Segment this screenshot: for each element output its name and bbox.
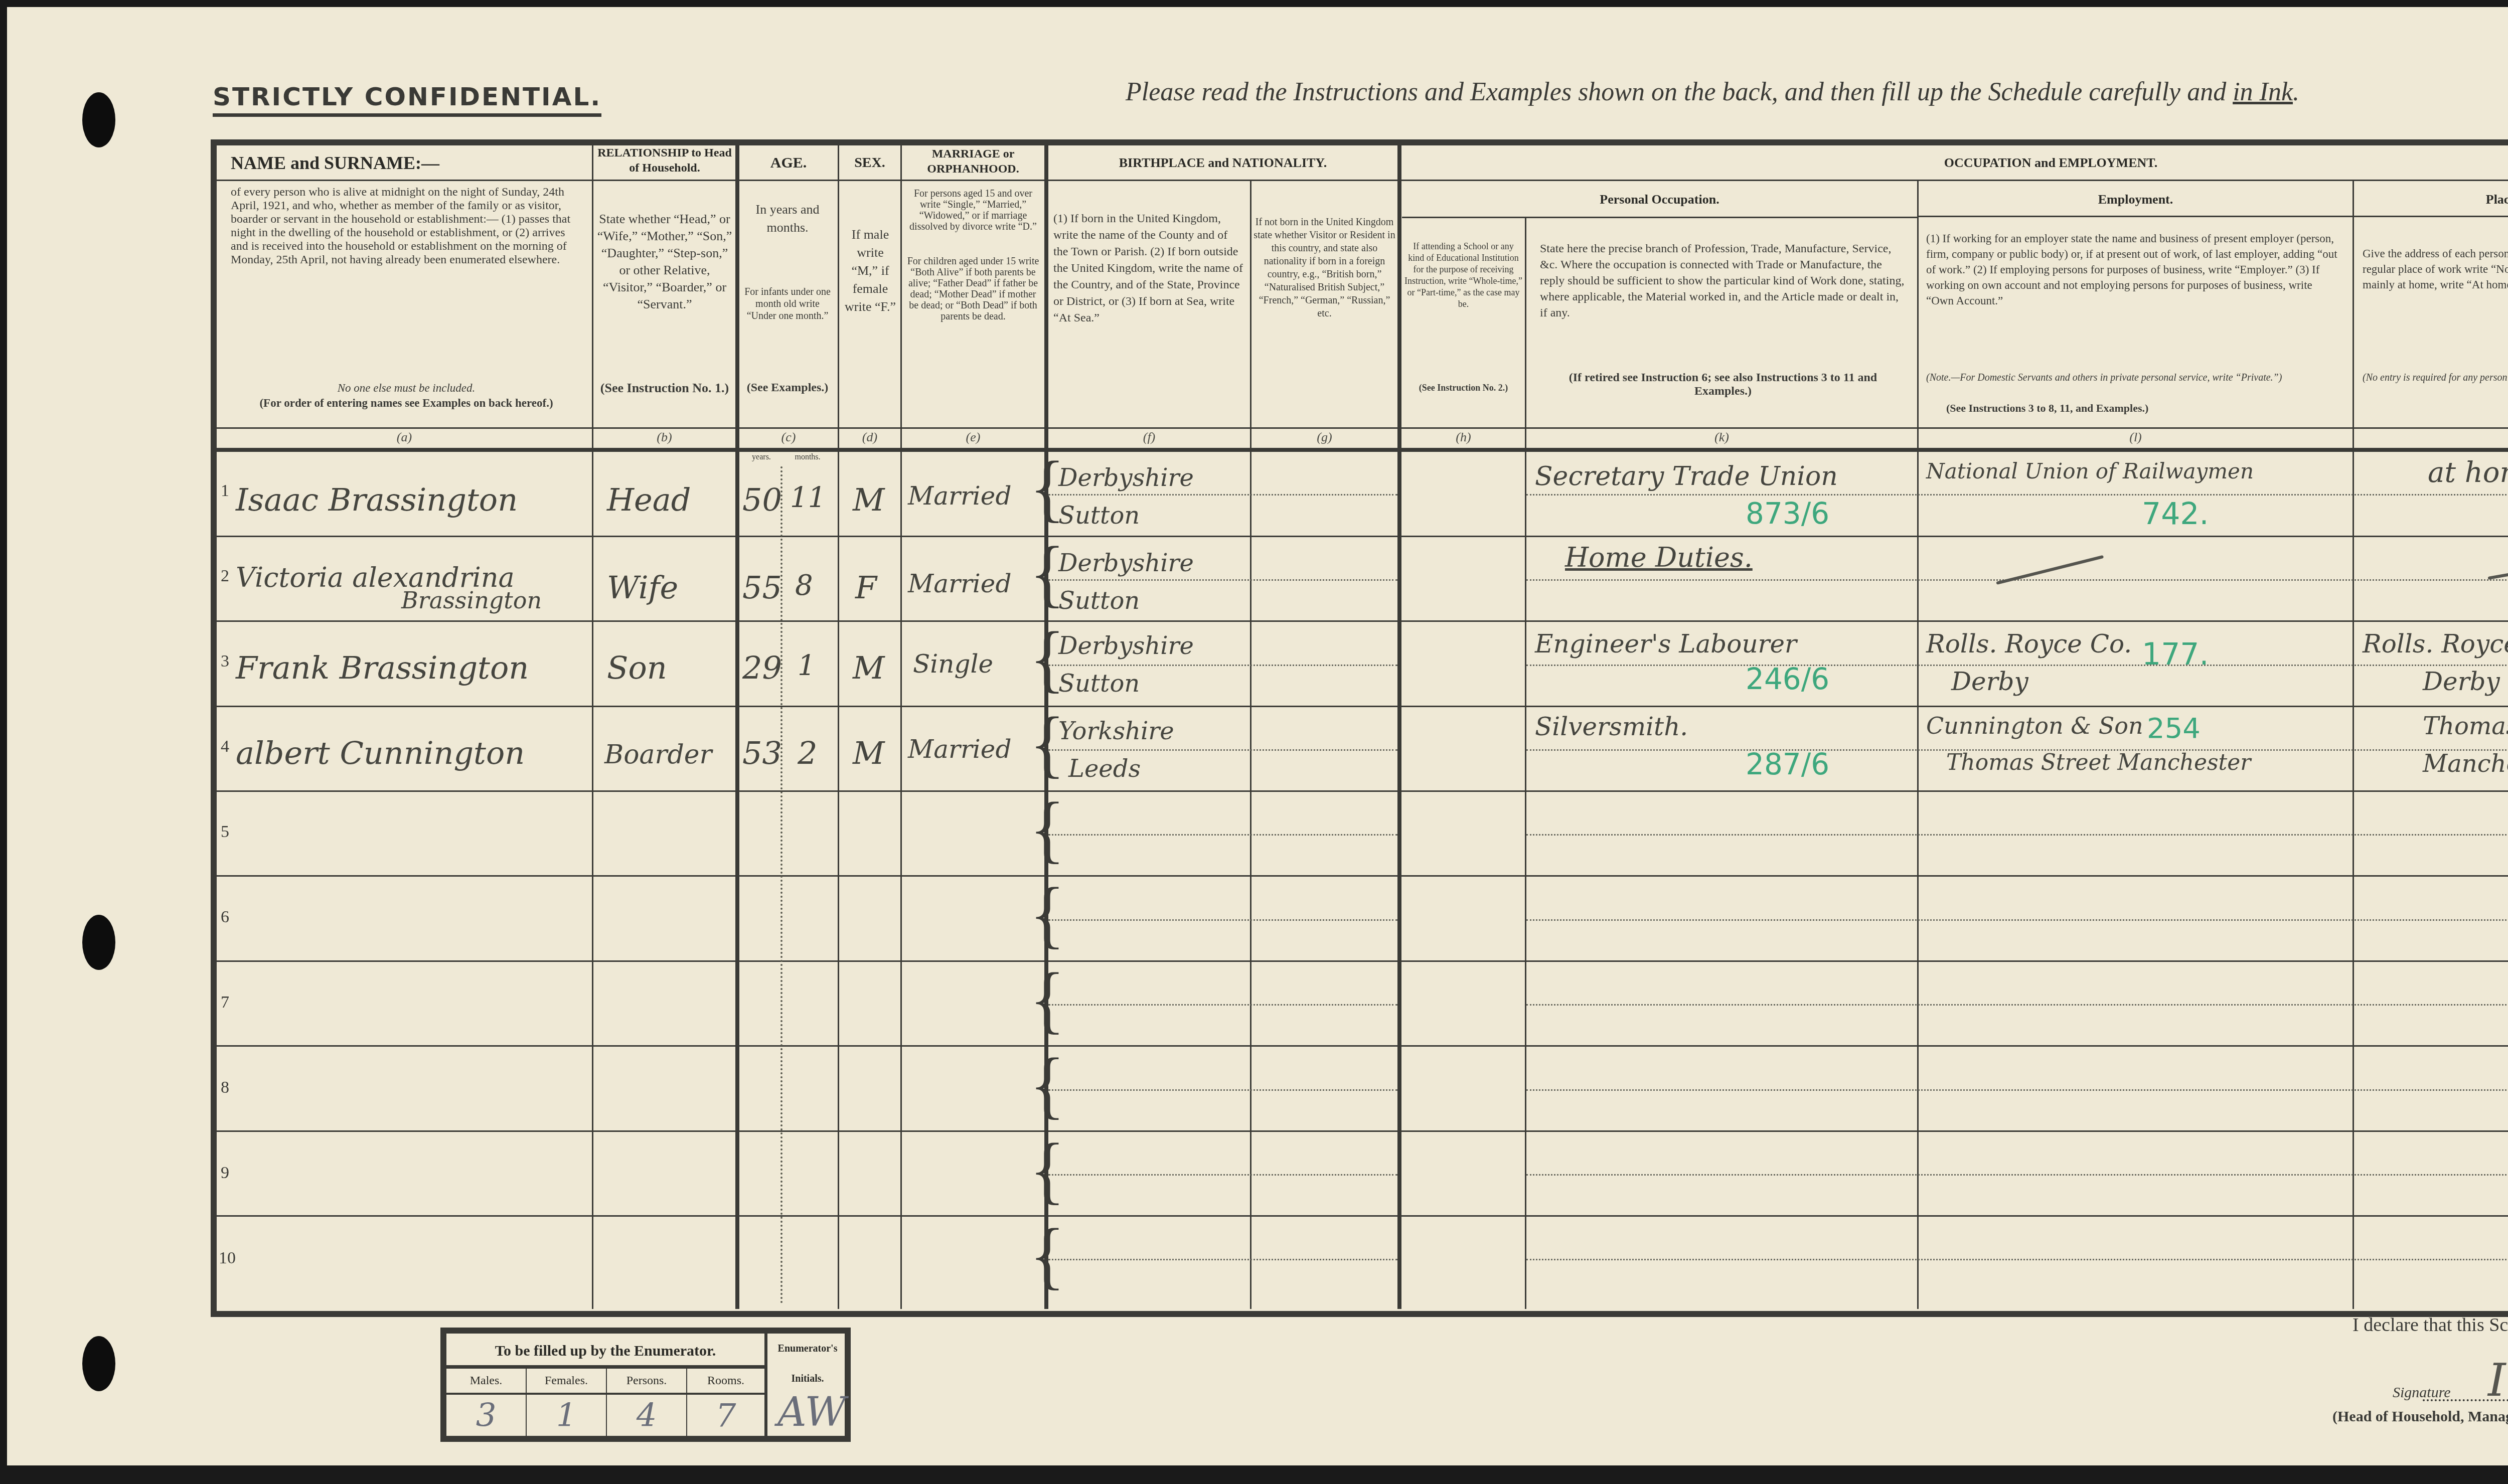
brace: { [1029, 877, 1065, 952]
brace: { [1029, 962, 1065, 1037]
occupation-field[interactable]: Secretary Trade Union [1535, 461, 1838, 491]
col-f-letter: (f) [1048, 430, 1250, 445]
occupation-field[interactable]: Home Duties. [1565, 542, 1753, 573]
col-b-title: RELATIONSHIP to Head of Household. [594, 145, 735, 176]
age-years-field[interactable]: 53 [742, 735, 782, 771]
header-divider [217, 180, 2508, 181]
col-l-text: (1) If working for an employer state the… [1926, 231, 2342, 308]
row-divider [217, 706, 2508, 707]
row-midline [1048, 749, 1397, 751]
age-years-field[interactable]: 50 [742, 481, 782, 518]
age-months-field[interactable]: 11 [790, 481, 826, 514]
col-c-note2: (See Examples.) [742, 381, 833, 395]
in-ink-text: in Ink [2233, 78, 2293, 106]
col-g-letter: (g) [1251, 430, 1397, 445]
col-e-note: For children aged under 15 write “Both A… [905, 256, 1041, 322]
row-midline [1048, 494, 1397, 496]
row-midline [1526, 494, 2508, 496]
rooms-label: Rooms. [687, 1369, 764, 1395]
col-c-letter: (c) [739, 430, 838, 445]
col-h-letter: (h) [1402, 430, 1525, 445]
punch-hole [82, 1336, 115, 1391]
col-d-title: SEX. [839, 153, 900, 173]
row-midline [1048, 834, 1397, 836]
header-bottom-rule [217, 448, 2508, 452]
employment-code: 254 [2147, 712, 2201, 745]
birthplace-title: BIRTHPLACE and NATIONALITY. [1048, 153, 1397, 173]
age-years-field[interactable]: 55 [742, 569, 782, 606]
col-a-title: NAME and SURNAME:— [231, 153, 582, 173]
col-h-note: (See Instruction No. 2.) [1404, 381, 1522, 395]
persons-value[interactable]: 4 [607, 1395, 686, 1437]
brace: { [1029, 791, 1065, 867]
row-midline [1526, 834, 2508, 836]
birth-town-field[interactable]: Sutton [1058, 502, 1140, 530]
row-midline [1526, 919, 2508, 921]
row-number: 4 [221, 737, 229, 756]
enumerator-initials-label: Enumerator's Initials. [767, 1334, 848, 1369]
row-midline [1048, 1174, 1397, 1176]
females-label: Females. [527, 1369, 606, 1395]
enumerator-box-title: To be filled up by the Enumerator. [446, 1334, 767, 1369]
sex-field[interactable]: M [853, 735, 884, 771]
brace: { [1029, 1132, 1065, 1208]
col-a-note2: (For order of entering names see Example… [231, 396, 582, 410]
row-number: 5 [221, 822, 229, 842]
col-h-text: If attending a School or any kind of Edu… [1404, 241, 1522, 310]
persons-cell: Persons. 4 [607, 1369, 687, 1437]
rooms-value[interactable]: 7 [687, 1395, 764, 1437]
signature-value[interactable]: I Brassington. [2488, 1354, 2508, 1407]
occupation-title: OCCUPATION and EMPLOYMENT. [1402, 153, 2508, 173]
row-divider [217, 536, 2508, 537]
row-divider [217, 790, 2508, 792]
row-number: 9 [221, 1164, 229, 1183]
col-a-text: of every person who is alive at midnight… [231, 186, 582, 267]
place-of-work-field[interactable]: Rolls. Royce Co [2363, 629, 2508, 658]
col-k-letter: (k) [1526, 430, 1917, 445]
personal-occupation-title: Personal Occupation. [1402, 190, 1917, 210]
col-divider [838, 145, 839, 1309]
age-months-field[interactable]: 2 [798, 735, 817, 771]
col-m-text: Give the address of each person's place … [2363, 246, 2508, 292]
row-divider [217, 1130, 2508, 1132]
males-cell: Males. 3 [446, 1369, 527, 1437]
age-years-label: years. [741, 450, 781, 464]
row-number: 10 [219, 1249, 236, 1268]
col-d-text: If male write “M,” if female write “F.” [843, 226, 898, 316]
col-divider [1525, 218, 1526, 1309]
row-midline [1048, 1089, 1397, 1091]
col-e-text: For persons aged 15 and over write “Sing… [905, 188, 1041, 232]
employment-field[interactable]: Cunnington & Son [1926, 712, 2143, 739]
row-divider [217, 875, 2508, 877]
row-midline [1526, 1259, 2508, 1260]
relationship-field[interactable]: Wife [607, 569, 678, 606]
row-midline [1048, 665, 1397, 666]
males-label: Males. [446, 1369, 526, 1395]
col-b-text: State whether “Head,” or “Wife,” “Mother… [597, 211, 732, 313]
row-midline [1526, 665, 2508, 666]
employment-field-line2[interactable]: Thomas Street Manchester [1946, 750, 2251, 775]
col-b-letter: (b) [593, 430, 736, 445]
place-of-work-field-line2[interactable]: Manchester [2423, 750, 2508, 778]
declaration-text: I declare that this Schedule is correctl… [2353, 1314, 2508, 1336]
marriage-field[interactable]: Married [908, 735, 1011, 764]
col-b-note: (See Instruction No. 1.) [597, 381, 732, 395]
row-midline [1048, 1004, 1397, 1006]
occupation-field[interactable]: Engineer's Labourer [1535, 629, 1797, 658]
row-divider [217, 960, 2508, 962]
employment-code: 177. [2142, 637, 2209, 672]
place-of-work-field[interactable]: at home [2428, 456, 2508, 489]
signature-caption: (Head of Household, Manager of Establish… [2332, 1408, 2508, 1425]
col-m-note: (No entry is required for any person who… [2363, 371, 2508, 385]
name-field-line2[interactable]: Brassington [401, 587, 542, 614]
col-a-note: No one else must be included. [231, 381, 582, 395]
row-number: 7 [221, 993, 229, 1012]
col-k-text: State here the precise branch of Profess… [1540, 241, 1906, 321]
row-midline [1526, 1089, 2508, 1091]
instructions-text: Please read the Instructions and Example… [1126, 78, 2233, 106]
header-divider [217, 427, 2508, 429]
occupation-code: 246/6 [1746, 662, 1829, 696]
col-g-text: If not born in the United Kingdom state … [1253, 216, 1396, 320]
occupation-code: 287/6 [1746, 747, 1829, 781]
strictly-confidential-heading: STRICTLY CONFIDENTIAL. [213, 82, 601, 117]
header-divider [1402, 217, 1917, 218]
name-field[interactable]: Isaac Brassington [236, 481, 518, 518]
age-months-label: months. [780, 450, 835, 464]
col-m-title: Place of Work. [2354, 190, 2508, 210]
relationship-field[interactable]: Boarder [604, 740, 712, 770]
col-l-note2: (See Instructions 3 to 8, 11, and Exampl… [1946, 401, 2342, 415]
place-of-work-field[interactable]: Thomas Street [2423, 712, 2508, 740]
header-divider [1917, 216, 2508, 217]
females-value[interactable]: 1 [527, 1395, 606, 1437]
employment-field-line2[interactable]: Derby [1951, 667, 2028, 696]
enumerator-initials-value[interactable]: AW [777, 1389, 846, 1435]
signature-label: Signature [2393, 1384, 2451, 1401]
birth-town-field[interactable]: Sutton [1058, 587, 1140, 615]
persons-label: Persons. [607, 1369, 686, 1395]
row-number: 6 [221, 908, 229, 927]
occupation-field[interactable]: Silversmith. [1535, 712, 1688, 741]
employment-code: 742. [2142, 497, 2209, 532]
col-e-letter: (e) [902, 430, 1044, 445]
occupation-code: 873/6 [1746, 497, 1829, 531]
relationship-field[interactable]: Son [607, 649, 667, 686]
employment-field[interactable]: National Union of Railwaymen [1926, 459, 2254, 483]
name-field[interactable]: Frank Brassington [236, 649, 529, 686]
birth-town-field[interactable]: Sutton [1058, 670, 1140, 698]
row-divider [217, 620, 2508, 622]
birth-town-field[interactable]: Leeds [1068, 755, 1141, 783]
birth-county-field[interactable]: Derbyshire [1058, 464, 1194, 492]
place-of-work-field-line2[interactable]: Derby [2423, 667, 2500, 696]
col-d-letter: (d) [839, 430, 900, 445]
enumerator-summary-box: To be filled up by the Enumerator. Enume… [440, 1328, 851, 1442]
row-divider [217, 1045, 2508, 1047]
col-divider [900, 145, 902, 1309]
sex-field[interactable]: F [855, 569, 877, 606]
instructions-period: . [2293, 78, 2299, 106]
col-divider [2353, 181, 2354, 1309]
row-midline [1526, 1004, 2508, 1006]
row-number: 3 [221, 652, 229, 671]
col-c-note: For infants under one month old write “U… [742, 286, 833, 322]
punch-hole [82, 915, 115, 970]
employment-field[interactable]: Rolls. Royce Co. [1926, 629, 2132, 658]
col-divider [1397, 145, 1401, 1309]
row-divider [217, 1215, 2508, 1217]
col-k-note: (If retired see Instruction 6; see also … [1540, 371, 1906, 398]
rooms-cell: Rooms. 7 [687, 1369, 767, 1437]
birth-county-field[interactable]: Derbyshire [1058, 632, 1194, 660]
females-cell: Females. 1 [527, 1369, 607, 1437]
col-divider [735, 145, 739, 1309]
col-l-note: (Note.—For Domestic Servants and others … [1926, 371, 2342, 385]
col-f-text: (1) If born in the United Kingdom, write… [1053, 211, 1244, 326]
row-midline [1526, 1174, 2508, 1176]
marriage-field[interactable]: Single [913, 649, 993, 679]
age-months-field[interactable]: 8 [795, 569, 813, 602]
row-midline [1048, 579, 1397, 581]
row-midline [1048, 1259, 1397, 1260]
col-c-text: In years and months. [742, 201, 833, 237]
col-l-title: Employment. [1919, 190, 2353, 210]
name-field[interactable]: albert Cunnington [236, 735, 525, 771]
marriage-field[interactable]: Married [908, 569, 1011, 598]
age-years-field[interactable]: 29 [742, 649, 782, 686]
row-number: 2 [221, 567, 229, 586]
col-divider [1917, 181, 1919, 1309]
punch-hole [82, 92, 115, 147]
brace: { [1029, 1047, 1065, 1122]
sex-field[interactable]: M [853, 649, 884, 686]
marriage-field[interactable]: Married [908, 481, 1011, 511]
col-c-title: AGE. [739, 153, 838, 173]
age-months-field[interactable]: 1 [798, 649, 816, 682]
col-l-letter: (l) [1919, 430, 2353, 445]
relationship-field[interactable]: Head [607, 481, 691, 518]
col-divider [1250, 181, 1251, 1309]
row-midline [1048, 919, 1397, 921]
birth-county-field[interactable]: Derbyshire [1058, 549, 1194, 577]
col-a-letter: (a) [217, 430, 592, 445]
instructions-line: Please read the Instructions and Example… [1126, 77, 2299, 107]
males-value[interactable]: 3 [446, 1395, 526, 1437]
col-divider [592, 145, 593, 1309]
col-m-letter: (m) [2354, 430, 2508, 445]
col-e-title: MARRIAGE or ORPHANHOOD. [903, 146, 1043, 177]
brace: { [1029, 1218, 1065, 1293]
birth-county-field[interactable]: Yorkshire [1058, 717, 1174, 745]
row-number: 8 [221, 1078, 229, 1097]
row-number: 1 [221, 481, 229, 501]
sex-field[interactable]: M [853, 481, 884, 518]
